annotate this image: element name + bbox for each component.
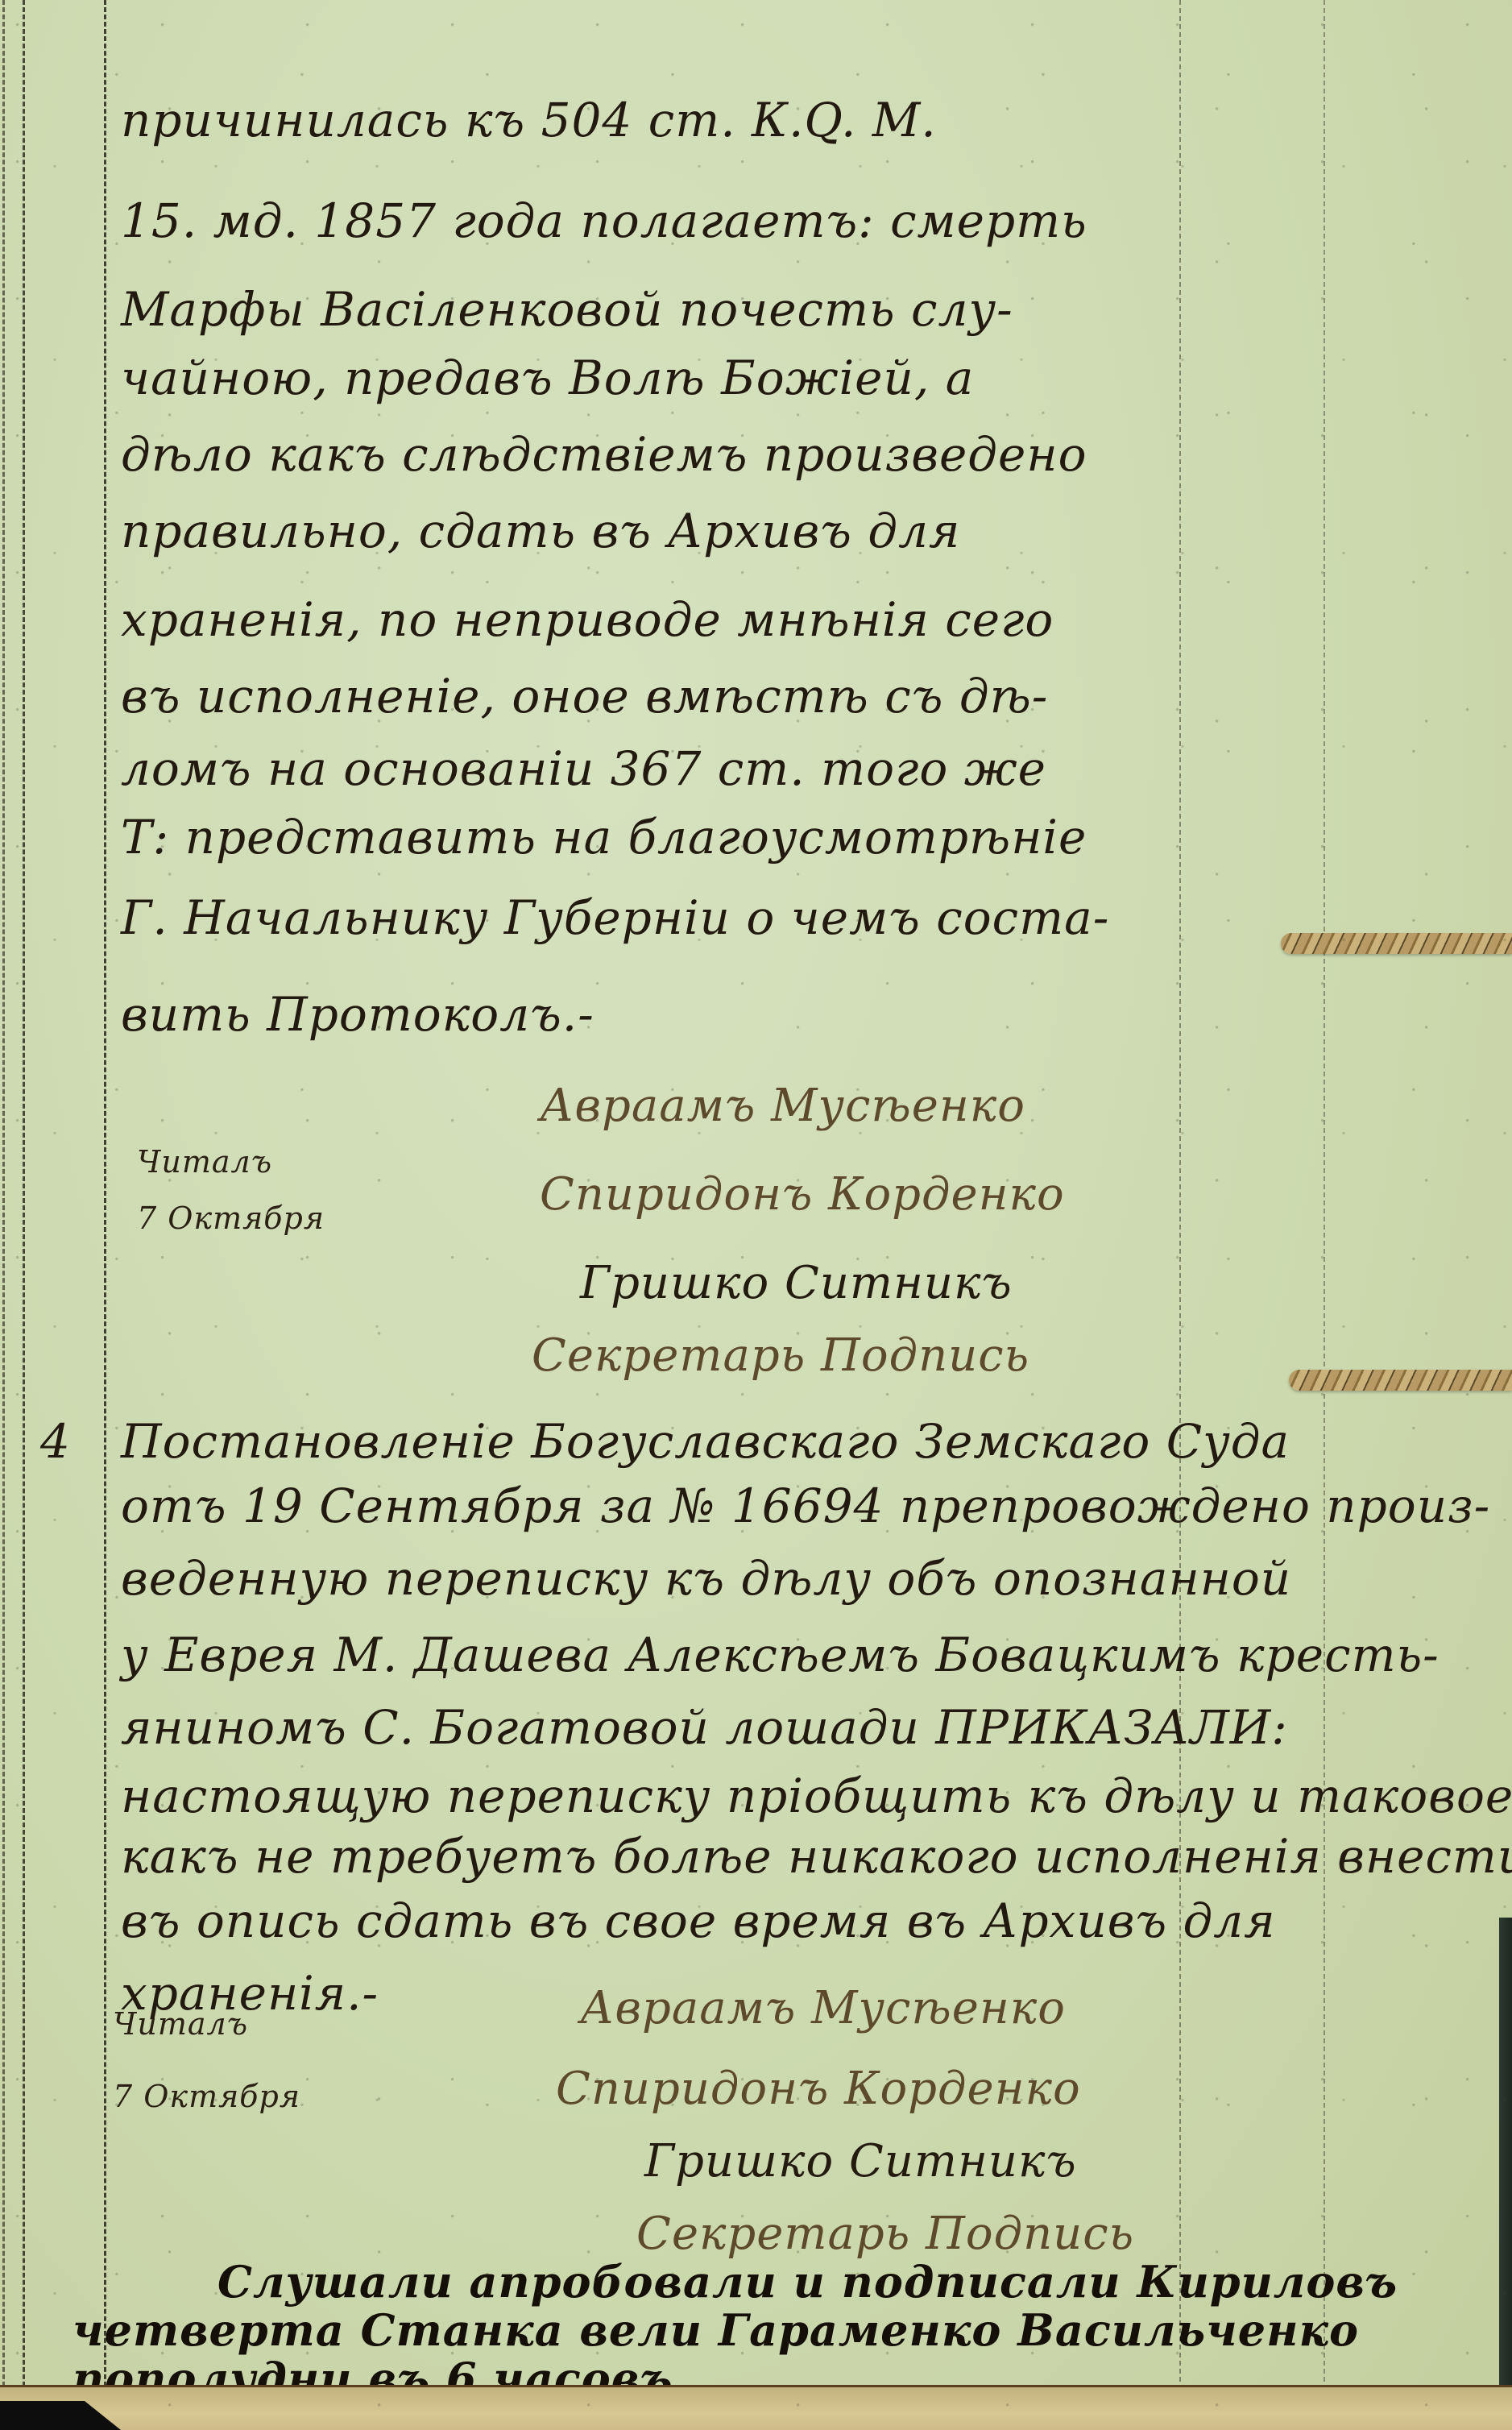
margin-note-read: Читалъ [137,1144,272,1180]
text-line: яниномъ С. Богатовой лошади ПРИКАЗАЛИ: [121,1700,1288,1755]
margin-note-date: 7 Октября [137,1200,325,1236]
signature: Авраамъ Мусѣенко [580,1982,1066,2034]
text-line: дѣло какъ слѣдствіемъ произведено [121,427,1087,482]
page-bottom-edge [0,2385,1512,2430]
binding-thread-icon [1289,1370,1512,1391]
binding-edge [1499,1918,1512,2430]
text-line: настоящую переписку пріобщить къ дѣлу и … [121,1769,1512,1823]
document-page: причинилась къ 504 ст. К.Q. М. 15. мд. 1… [0,0,1512,2430]
text-line: въ опись сдать въ свое время въ Архивъ д… [121,1893,1276,1948]
text-line: въ исполненіе, оное вмѣстѣ съ дѣ- [121,669,1048,724]
signature: Авраамъ Мусѣенко [540,1080,1025,1132]
binding-thread-icon [1281,933,1512,954]
page-edge-line [2,0,5,2430]
text-line: у Еврея М. Дашева Алексѣемъ Бовацкимъ кр… [121,1628,1440,1682]
signature: Гришко Ситникъ [644,2135,1077,2187]
text-line: Постановленіе Богуславскаго Земскаго Суд… [121,1414,1290,1469]
text-line: отъ 19 Сентября за № 16694 препровождено… [121,1478,1490,1533]
text-line: веденную переписку къ дѣлу объ опознанно… [121,1551,1291,1606]
fold-rule [1324,0,1325,2430]
signature: Секретарь Подпись [532,1329,1029,1382]
text-line: 15. мд. 1857 года полагаетъ: смерть [121,193,1087,248]
text-line: Марфы Васіленковой почесть слу- [121,282,1013,337]
signature: Спиридонъ Корденко [556,2063,1081,2115]
entry-number: 4 [40,1414,71,1469]
signature: Гришко Ситникъ [580,1257,1013,1309]
footer-line: четверта Станка вели Гараменко Васильчен… [72,2304,1359,2356]
margin-note-date: 7 Октября [113,2079,300,2114]
left-margin-rule [104,0,106,2430]
text-line: ломъ на основаніи 367 ст. того же [121,741,1046,796]
text-line: какъ не требуетъ болѣе никакого исполнен… [121,1829,1512,1884]
text-line: вить Протоколъ.- [121,987,594,1042]
text-line: чайною, предавъ Волѣ Божіей, а [121,350,974,405]
text-line: причинилась къ 504 ст. К.Q. М. [121,93,937,147]
page-edge-line [23,0,25,2430]
signature: Секретарь Подпись [636,2208,1134,2260]
text-line: храненія, по неприводе мнѣнія сего [121,592,1054,647]
text-line: Г. Начальнику Губерніи о чемъ соста- [121,890,1109,945]
signature: Спиридонъ Корденко [540,1168,1065,1221]
text-line: правильно, сдать въ Архивъ для [121,504,960,558]
text-line: Т: представить на благоусмотрѣніе [121,810,1087,865]
footer-line: Слушали апробовали и подписали Кириловъ [217,2256,1398,2308]
margin-note-read: Читалъ [113,2006,248,2042]
right-margin-rule [1179,0,1181,2430]
